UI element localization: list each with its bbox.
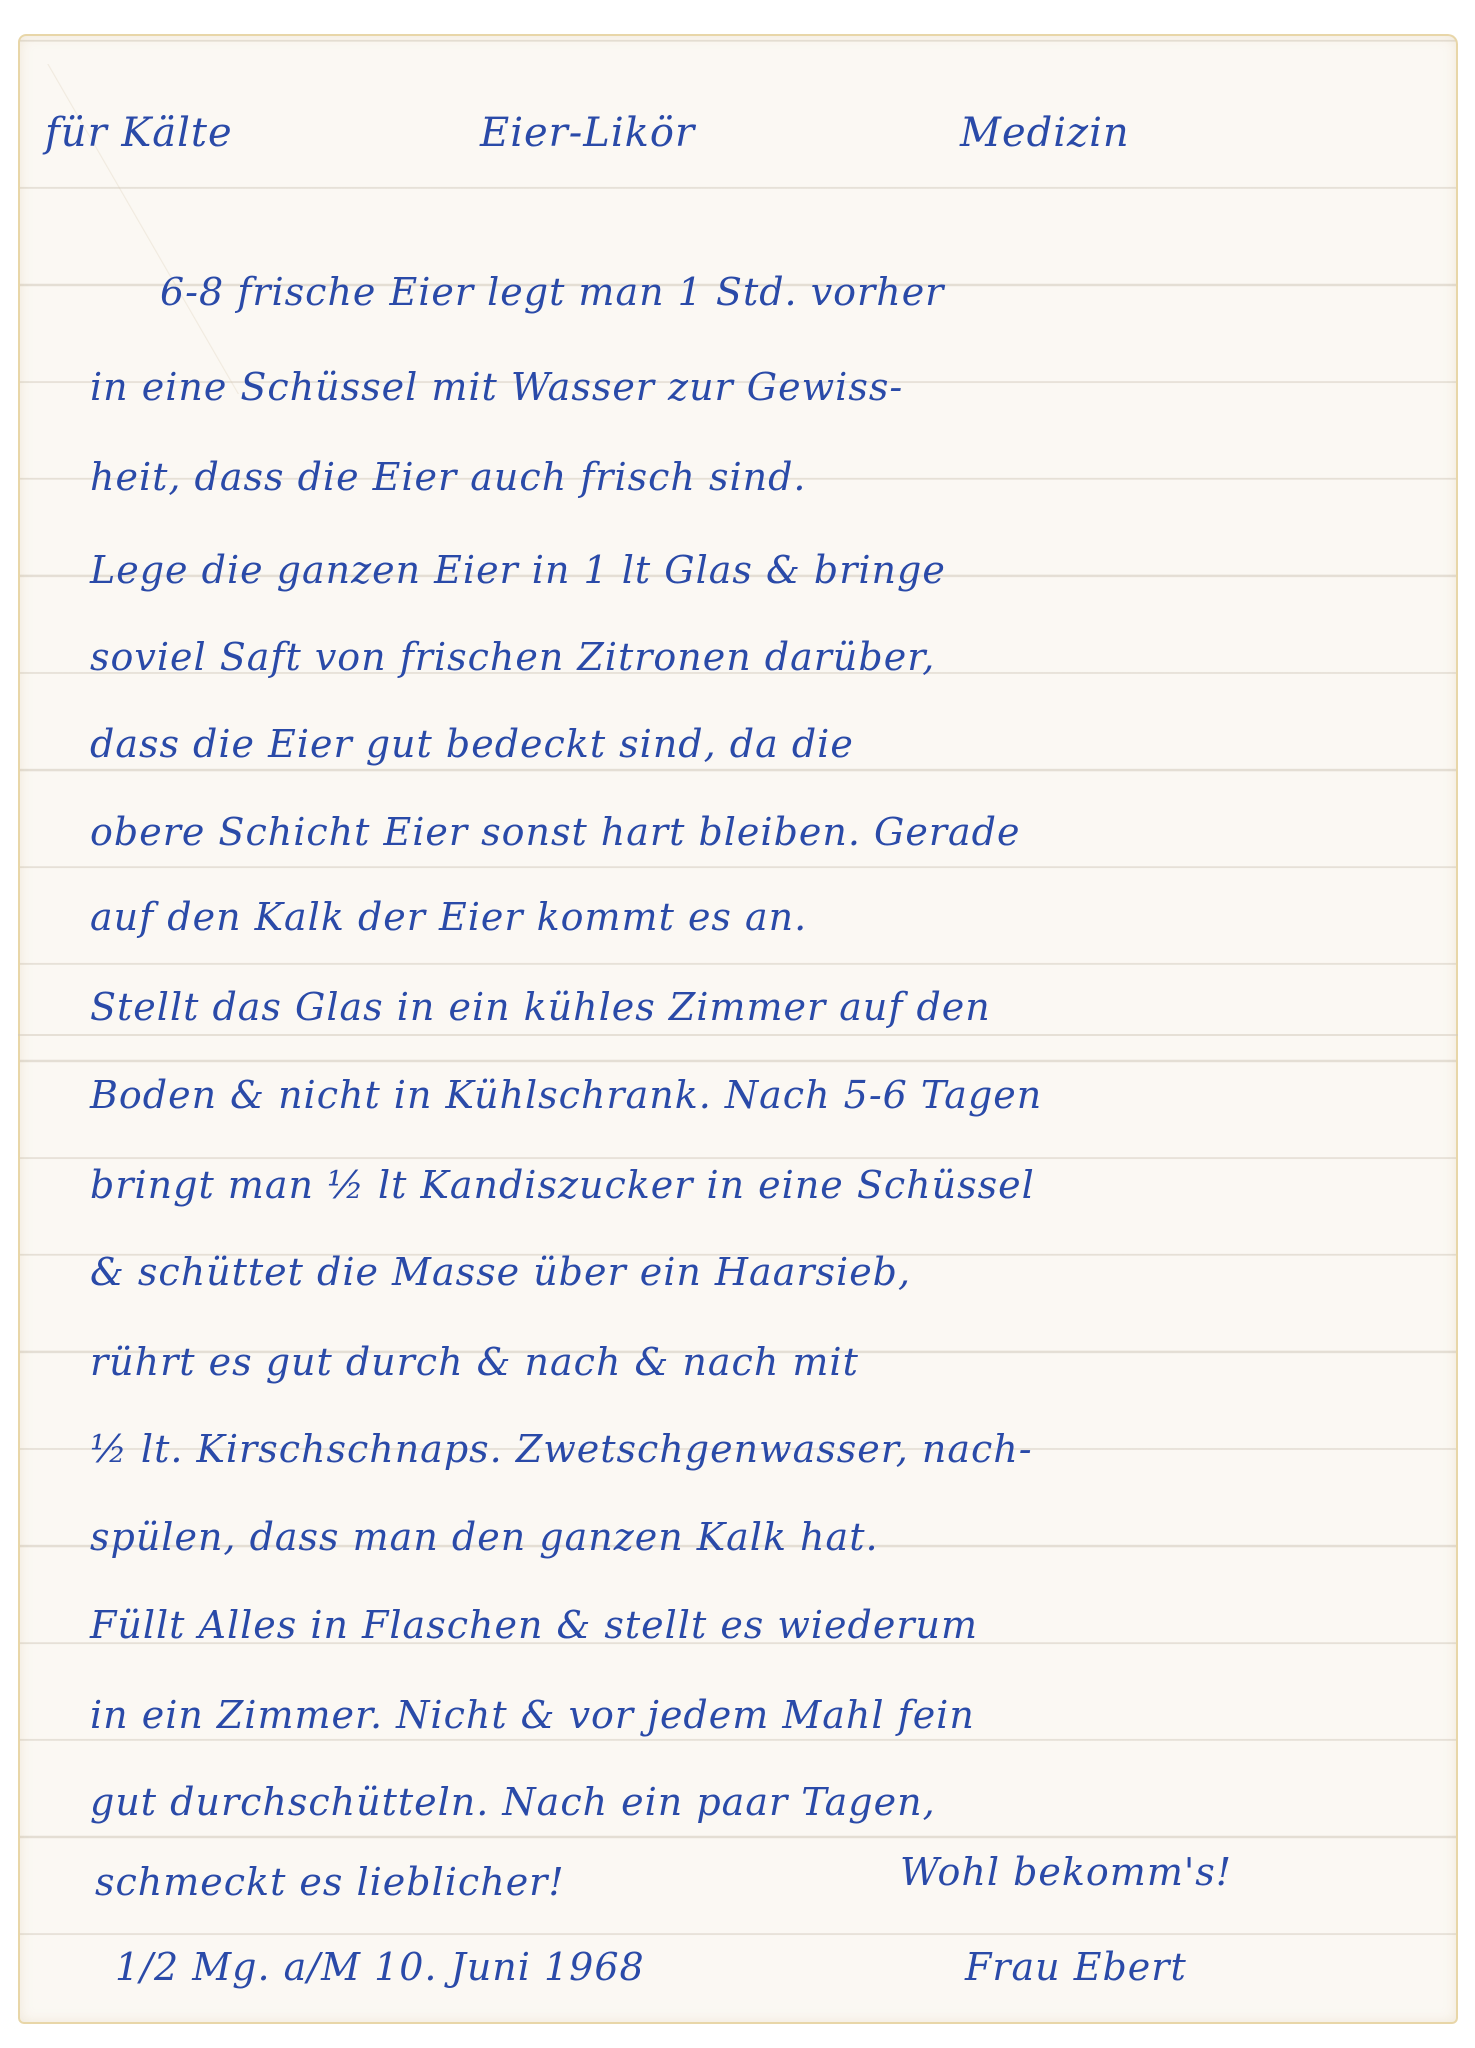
body-line: rührt es gut durch & nach & nach mit: [90, 1340, 859, 1384]
closing-line: schmeckt es lieblicher!: [95, 1860, 565, 1904]
body-line: Boden & nicht in Kühlschrank. Nach 5-6 T…: [90, 1073, 1042, 1117]
body-line: & schüttet die Masse über ein Haarsieb,: [90, 1250, 911, 1294]
body-line: soviel Saft von frischen Zitronen darübe…: [90, 635, 935, 679]
body-line: obere Schicht Eier sonst hart bleiben. G…: [90, 810, 1021, 854]
body-line: in eine Schüssel mit Wasser zur Gewiss-: [90, 365, 903, 409]
letter-header: für Kälte Eier-Likör Medizin: [0, 100, 1475, 180]
header-title: Eier-Likör: [480, 110, 695, 156]
body-line: Lege die ganzen Eier in 1 lt Glas & brin…: [90, 548, 946, 592]
place-date: 1/2 Mg. a/M 10. Juni 1968: [115, 1945, 645, 1989]
body-line: Füllt Alles in Flaschen & stellt es wied…: [90, 1603, 978, 1647]
fold-crease: [18, 1034, 1458, 1036]
body-line: heit, dass die Eier auch frisch sind.: [90, 455, 807, 499]
body-line: ½ lt. Kirschschnaps. Zwetschgenwasser, n…: [90, 1427, 1033, 1471]
closing-wish: Wohl bekomm's!: [900, 1850, 1232, 1894]
body-line: auf den Kalk der Eier kommt es an.: [90, 895, 807, 939]
header-right-label: Medizin: [960, 110, 1130, 156]
body-line: bringt man ½ lt Kandiszucker in eine Sch…: [90, 1163, 1035, 1207]
header-left-label: für Kälte: [45, 110, 233, 156]
body-line: gut durchschütteln. Nach ein paar Tagen,: [90, 1780, 936, 1824]
body-line: in ein Zimmer. Nicht & vor jedem Mahl fe…: [90, 1693, 975, 1737]
signature: Frau Ebert: [965, 1945, 1187, 1989]
body-line: dass die Eier gut bedeckt sind, da die: [90, 722, 854, 766]
body-line: 6-8 frische Eier legt man 1 Std. vorher: [160, 270, 944, 314]
body-line: Stellt das Glas in ein kühles Zimmer auf…: [90, 985, 991, 1029]
body-line: spülen, dass man den ganzen Kalk hat.: [90, 1515, 879, 1559]
